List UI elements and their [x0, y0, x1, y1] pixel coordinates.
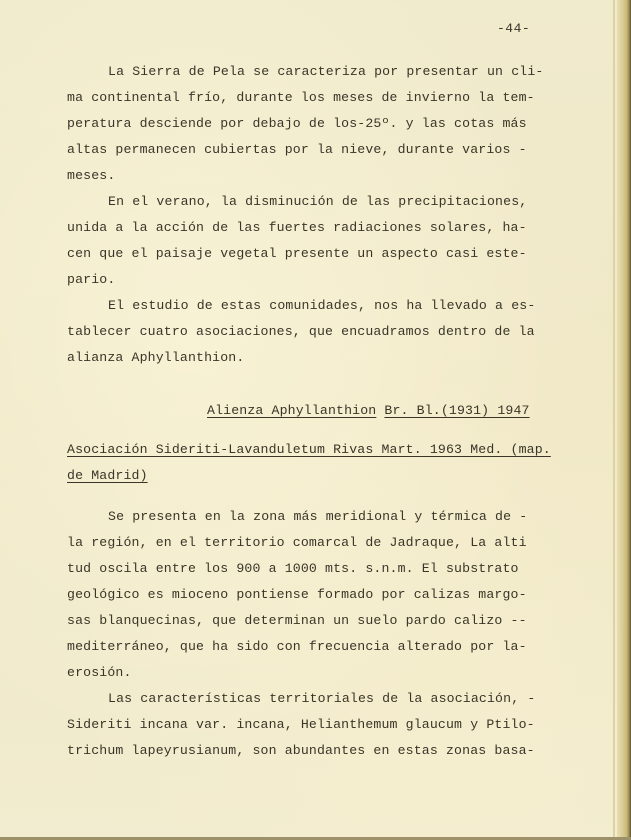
paragraph-3-line: El estudio de estas comunidades, nos ha … — [108, 297, 535, 315]
page-edge-line — [613, 0, 615, 840]
alliance-author: Br. Bl.(1931) 1947 — [384, 403, 529, 418]
association-heading-line: de Madrid) — [67, 467, 148, 485]
paragraph-5-line: Las características territoriales de la … — [108, 690, 535, 708]
paragraph-4-line: erosión. — [67, 664, 132, 682]
alliance-heading: Alienza Aphyllanthion Br. Bl.(1931) 1947 — [207, 402, 530, 420]
paragraph-4-line: geológico es mioceno pontiense formado p… — [67, 586, 527, 604]
paragraph-1-line: La Sierra de Pela se caracteriza por pre… — [108, 63, 543, 81]
page-number: -44- — [497, 21, 530, 36]
paragraph-4-line: la región, en el territorio comarcal de … — [67, 534, 527, 552]
paragraph-1-line: altas permanecen cubiertas por la nieve,… — [67, 141, 527, 159]
paragraph-1-line: peratura desciende por debajo de los-25º… — [67, 115, 527, 133]
paragraph-1-line: meses. — [67, 167, 115, 185]
paragraph-5-line: Sideriti incana var. incana, Helianthemu… — [67, 716, 535, 734]
paragraph-5-line: trichum lapeyrusianum, son abundantes en… — [67, 742, 535, 760]
paragraph-4-line: Se presenta en la zona más meridional y … — [108, 508, 527, 526]
paragraph-4-line: tud oscila entre los 900 a 1000 mts. s.n… — [67, 560, 519, 578]
typewritten-page: -44- La Sierra de Pela se caracteriza po… — [0, 0, 631, 840]
alliance-name: Alienza Aphyllanthion — [207, 403, 376, 418]
paragraph-1-line: ma continental frío, durante los meses d… — [67, 89, 535, 107]
paragraph-3-line: tablecer cuatro asociaciones, que encuad… — [67, 323, 535, 341]
paragraph-2-line: cen que el paisaje vegetal presente un a… — [67, 245, 527, 263]
paragraph-4-line: sas blanquecinas, que determinan un suel… — [67, 612, 527, 630]
paragraph-2-line: pario. — [67, 271, 115, 289]
paragraph-4-line: mediterráneo, que ha sido con frecuencia… — [67, 638, 527, 656]
paragraph-3-line: alianza Aphyllanthion. — [67, 349, 244, 367]
paragraph-2-line: En el verano, la disminución de las prec… — [108, 193, 527, 211]
page-edge-shadow — [617, 0, 631, 840]
association-heading-line: Asociación Sideriti-Lavanduletum Rivas M… — [67, 441, 551, 459]
paragraph-2-line: unida a la acción de las fuertes radiaci… — [67, 219, 527, 237]
